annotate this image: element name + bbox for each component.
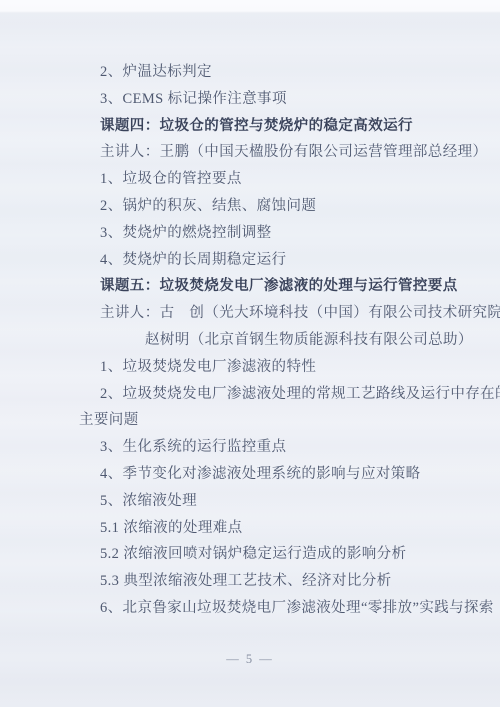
agenda-line: 5.3 典型浓缩液处理工艺技术、经济对比分析 xyxy=(79,568,434,595)
agenda-line: 4、焚烧炉的长周期稳定运行 xyxy=(79,247,434,274)
agenda-line: 3、CEMS 标记操作注意事项 xyxy=(79,86,434,113)
agenda-line: 4、季节变化对渗滤液处理系统的影响与应对策略 xyxy=(79,461,434,488)
agenda-line: 5.2 浓缩液回喷对锅炉稳定运行造成的影响分析 xyxy=(79,541,434,568)
topic-heading-five: 课题五：垃圾焚烧发电厂渗滤液的处理与运行管控要点 xyxy=(79,273,434,300)
speaker-line-second: 赵树明（北京首钢生物质能源科技有限公司总助） xyxy=(79,327,434,354)
agenda-line: 1、垃圾焚烧发电厂渗滤液的特性 xyxy=(79,354,434,381)
agenda-line: 2、垃圾焚烧发电厂渗滤液处理的常规工艺路线及运行中存在的 xyxy=(79,381,434,408)
document-body: 2、炉温达标判定 3、CEMS 标记操作注意事项 课题四：垃圾仓的管控与焚烧炉的… xyxy=(79,59,434,622)
scanned-document-page: 2、炉温达标判定 3、CEMS 标记操作注意事项 课题四：垃圾仓的管控与焚烧炉的… xyxy=(0,0,500,707)
agenda-line: 5、浓缩液处理 xyxy=(79,488,434,515)
agenda-line: 2、锅炉的积灰、结焦、腐蚀问题 xyxy=(79,193,434,220)
topic-heading-four: 课题四：垃圾仓的管控与焚烧炉的稳定高效运行 xyxy=(79,113,434,140)
agenda-line: 1、垃圾仓的管控要点 xyxy=(79,166,434,193)
page-number: — 5 — xyxy=(0,652,500,667)
speaker-line: 主讲人：古 创（光大环境科技（中国）有限公司技术研究院） xyxy=(79,300,434,327)
agenda-line: 2、炉温达标判定 xyxy=(79,59,434,86)
agenda-line: 6、北京鲁家山垃圾焚烧电厂渗滤液处理“零排放”实践与探索 xyxy=(79,595,434,622)
agenda-line: 3、焚烧炉的燃烧控制调整 xyxy=(79,220,434,247)
agenda-line-wrap: 主要问题 xyxy=(79,407,434,434)
agenda-line: 3、生化系统的运行监控重点 xyxy=(79,434,434,461)
agenda-line: 5.1 浓缩液的处理难点 xyxy=(79,515,434,542)
speaker-line: 主讲人：王鹏（中国天楹股份有限公司运营管理部总经理） xyxy=(79,139,434,166)
